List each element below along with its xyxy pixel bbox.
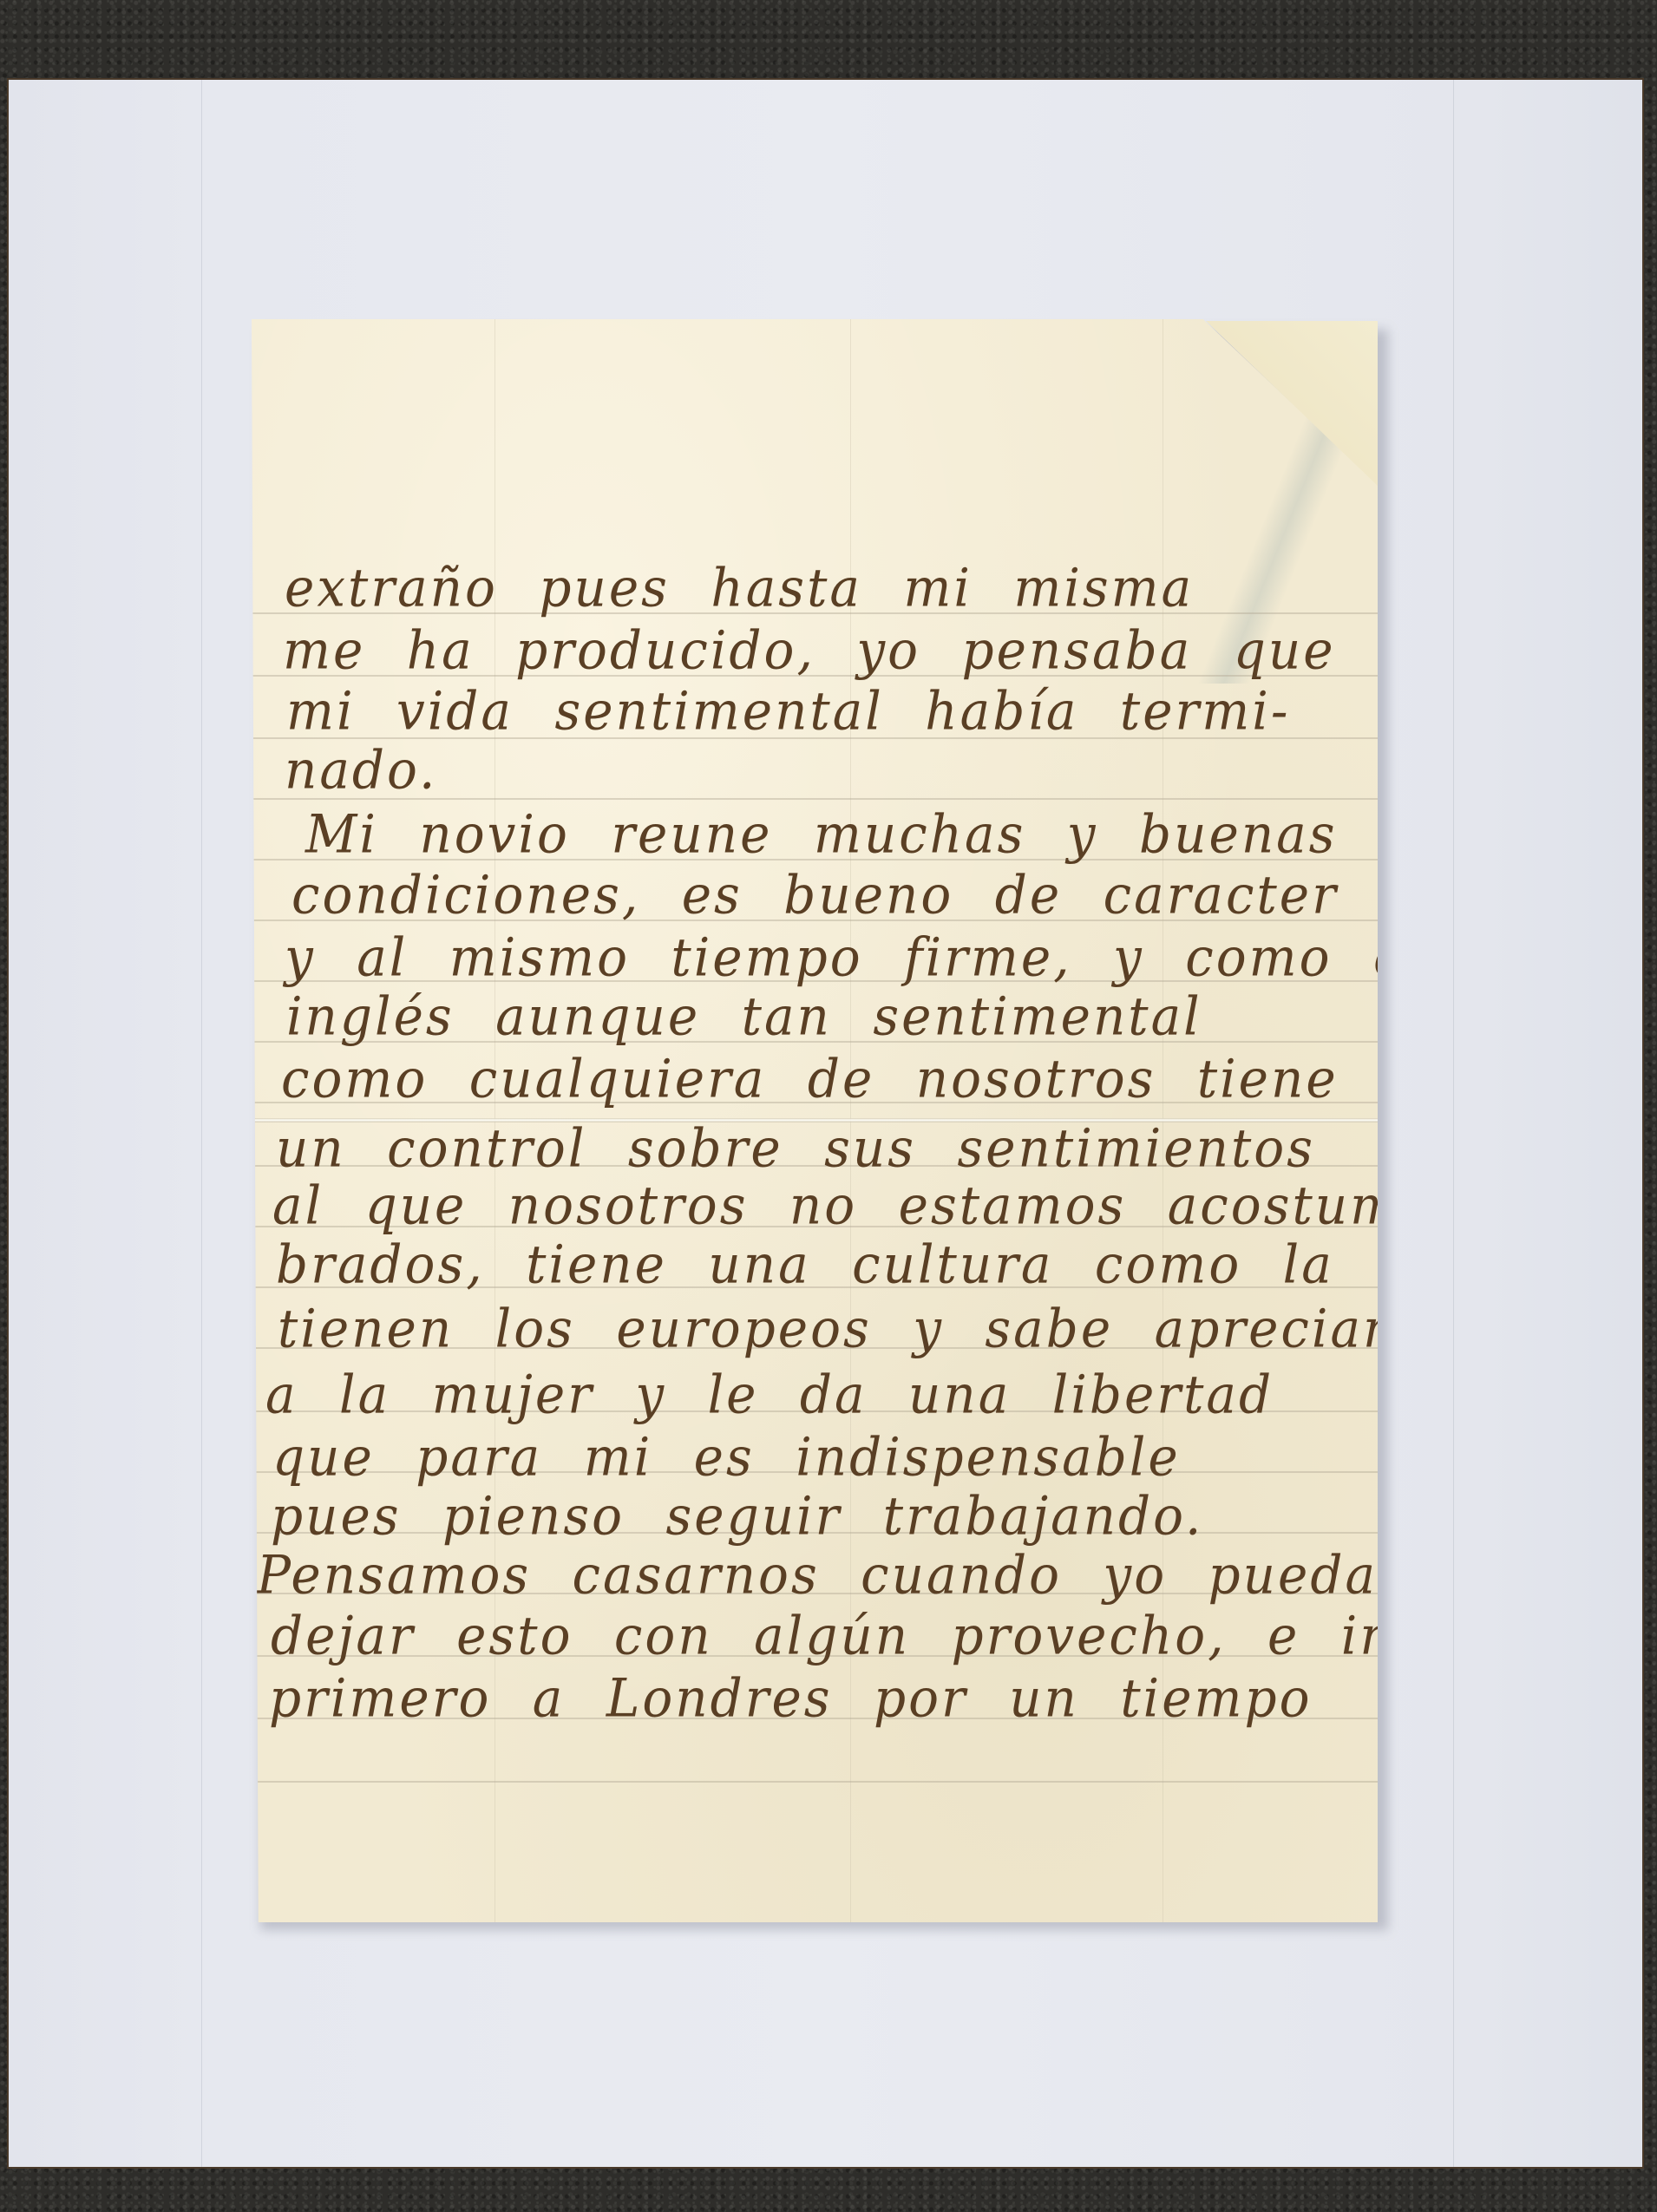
handwriting-line: extraño pues hasta mi misma	[285, 561, 1194, 614]
handwriting-line: primero a Londres por un tiempo	[269, 1672, 1313, 1724]
handwriting-line: que para mi es indispensable	[272, 1430, 1181, 1483]
handwriting-line: Mi novio reune muchas y buenas	[305, 808, 1338, 861]
handwriting-line: tienen los europeos y sabe apreciar	[278, 1302, 1378, 1355]
handwriting-line: condiciones, es bueno de caracter	[291, 868, 1339, 921]
ruled-line	[252, 1781, 1378, 1783]
handwriting-line: nado.	[285, 743, 437, 796]
handwriting-line: pues pienso seguir trabajando.	[271, 1489, 1203, 1542]
handwriting-line: brados, tiene una cultura como la	[276, 1238, 1334, 1291]
mount-seam	[1453, 80, 1454, 2167]
handwriting-line: como cualquiera de nosotros tiene	[281, 1052, 1339, 1105]
handwriting-line: a la mujer y le da una libertad	[265, 1368, 1274, 1421]
mount-seam	[201, 80, 202, 2167]
handwriting-line: me ha producido, yo pensaba que	[283, 624, 1336, 677]
letter-page: extraño pues hasta mi misma me ha produc…	[252, 319, 1378, 1922]
handwriting-line: dejar esto con algún provecho, e iremos	[271, 1609, 1378, 1662]
handwriting-line: inglés aunque tan sentimental	[286, 990, 1202, 1043]
handwriting-line: mi vida sentimental había termi-	[286, 684, 1290, 737]
handwriting-line: un control sobre sus sentimientos	[276, 1122, 1315, 1175]
handwriting-line: Pensamos casarnos cuando yo pueda	[257, 1548, 1378, 1601]
handwriting-line: y al mismo tiempo firme, y como es	[285, 931, 1378, 984]
handwriting-line: al que nosotros no estamos acostum-	[272, 1179, 1378, 1232]
